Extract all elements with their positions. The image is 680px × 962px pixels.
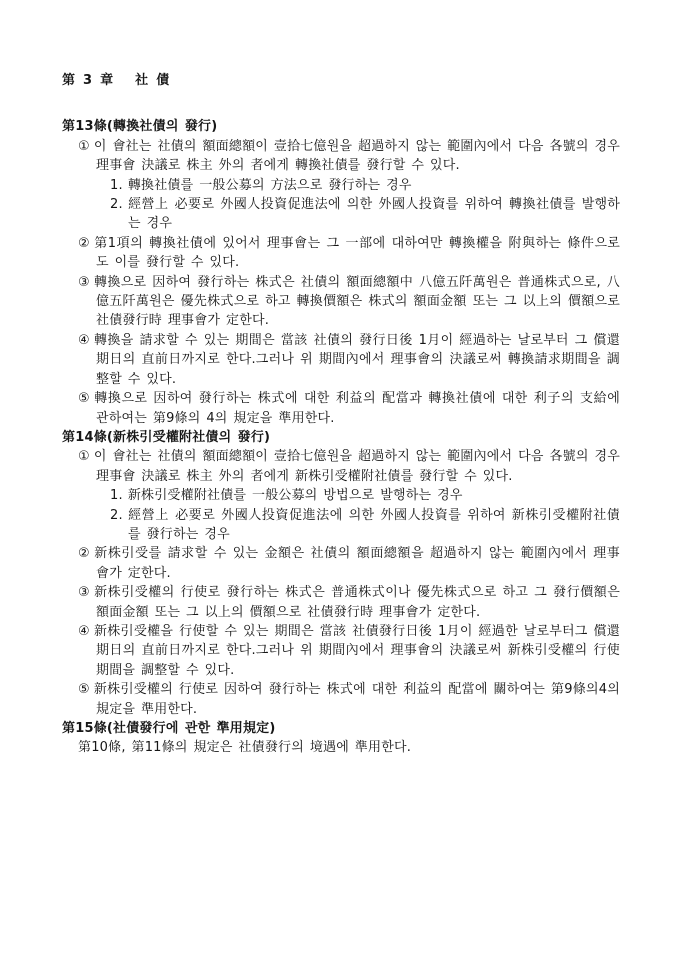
clause-text: 轉換으로 因하여 發行하는 株式에 대한 利益의 配當과 轉換社債에 대한 利子… <box>94 391 620 425</box>
article-14: 第14條(新株引受權附社債의 發行) ①이 會社는 社債의 額面總額이 壹拾七億… <box>62 428 620 719</box>
subitem-marker: 1. <box>110 178 123 193</box>
document-page: 第 3 章 社 債 第13條(轉換社債의 發行) ①이 會社는 社債의 額面總額… <box>0 0 680 962</box>
clause: ③轉換으로 因하여 發行하는 株式은 社債의 額面總額中 八億五阡萬원은 普通株… <box>62 273 620 331</box>
clause-text: 新株引受權을 行使할 수 있는 期間은 當該 社債發行日後 1月이 經過한 날로… <box>94 624 620 678</box>
clause-marker: ④ <box>78 624 90 639</box>
clause: ⑤新株引受權의 行使로 因하여 發行하는 株式에 대한 利益의 配當에 關하여는… <box>62 680 620 719</box>
subitem: 2.經營上 必要로 外國人投資促進法에 의한 外國人投資를 위하여 轉換社債를 … <box>62 195 620 234</box>
clause: ④轉換을 請求할 수 있는 期間은 當該 社債의 發行日後 1月이 經過하는 날… <box>62 331 620 389</box>
clause: ②新株引受를 請求할 수 있는 金額은 社債의 額面總額을 超過하지 않는 範圍… <box>62 544 620 583</box>
clause-marker: ⑤ <box>78 391 90 406</box>
subitem-text: 經營上 必要로 外國人投資促進法에 의한 外國人投資를 위하여 轉換社債를 발행… <box>128 197 620 231</box>
subitem: 1.新株引受權附社債를 一般公募의 방법으로 발행하는 경우 <box>62 486 620 505</box>
subitem-text: 經營上 必要로 外國人投資促進法에 의한 外國人投資를 위하여 新株引受權附社債… <box>128 508 620 542</box>
clause-marker: ③ <box>78 275 90 290</box>
article-heading: 第15條(社債發行에 관한 準用規定) <box>62 719 620 738</box>
clause: ④新株引受權을 行使할 수 있는 期間은 當該 社債發行日後 1月이 經過한 날… <box>62 622 620 680</box>
clause-text: 第1項의 轉換社債에 있어서 理事會는 그 一部에 대하여만 轉換權을 附與하는… <box>94 236 620 270</box>
subitem-marker: 1. <box>110 488 123 503</box>
article-body-line: 第10條, 第11條의 規定은 社債發行의 境遇에 準用한다. <box>62 738 620 757</box>
subitem-marker: 2. <box>110 197 123 212</box>
subitem: 1.轉換社債를 一般公募의 方法으로 發行하는 경우 <box>62 176 620 195</box>
clause-text: 轉換을 請求할 수 있는 期間은 當該 社債의 發行日後 1月이 經過하는 날로… <box>94 333 620 387</box>
clause-marker: ① <box>78 139 90 154</box>
clause-text: 新株引受權의 行使로 因하여 發行하는 株式에 대한 利益의 配當에 關하여는 … <box>94 682 620 716</box>
subitem-text: 新株引受權附社債를 一般公募의 방법으로 발행하는 경우 <box>128 488 463 503</box>
subitem-marker: 2. <box>110 508 123 523</box>
article-heading: 第13條(轉換社債의 發行) <box>62 117 620 136</box>
article-heading: 第14條(新株引受權附社債의 發行) <box>62 428 620 447</box>
clause-marker: ② <box>78 546 90 561</box>
clause-marker: ⑤ <box>78 682 90 697</box>
clause-text: 이 會社는 社債의 額面總額이 壹拾七億원을 超過하지 않는 範圍內에서 다음 … <box>94 449 620 483</box>
clause-marker: ③ <box>78 585 90 600</box>
clause-marker: ④ <box>78 333 90 348</box>
clause-marker: ① <box>78 449 90 464</box>
clause-text: 이 會社는 社債의 額面總額이 壹拾七億원을 超過하지 않는 範圍內에서 다음 … <box>94 139 620 173</box>
article-15: 第15條(社債發行에 관한 準用規定) 第10條, 第11條의 規定은 社債發行… <box>62 719 620 758</box>
clause: ①이 會社는 社債의 額面總額이 壹拾七億원을 超過하지 않는 範圍內에서 다음… <box>62 447 620 486</box>
clause: ⑤轉換으로 因하여 發行하는 株式에 대한 利益의 配當과 轉換社債에 대한 利… <box>62 389 620 428</box>
article-13: 第13條(轉換社債의 發行) ①이 會社는 社債의 額面總額이 壹拾七億원을 超… <box>62 117 620 428</box>
clause-text: 新株引受를 請求할 수 있는 金額은 社債의 額面總額을 超過하지 않는 範圍內… <box>94 546 620 580</box>
clause-text: 轉換으로 因하여 發行하는 株式은 社債의 額面總額中 八億五阡萬원은 普通株式… <box>94 275 620 329</box>
subitem: 2.經營上 必要로 外國人投資促進法에 의한 外國人投資를 위하여 新株引受權附… <box>62 506 620 545</box>
clause: ③新株引受權의 行使로 發行하는 株式은 普通株式이나 優先株式으로 하고 그 … <box>62 583 620 622</box>
subitem-text: 轉換社債를 一般公募의 方法으로 發行하는 경우 <box>128 178 412 193</box>
clause-text: 新株引受權의 行使로 發行하는 株式은 普通株式이나 優先株式으로 하고 그 發… <box>94 585 620 619</box>
clause: ②第1項의 轉換社債에 있어서 理事會는 그 一部에 대하여만 轉換權을 附與하… <box>62 234 620 273</box>
clause: ①이 會社는 社債의 額面總額이 壹拾七億원을 超過하지 않는 範圍內에서 다음… <box>62 137 620 176</box>
chapter-title: 第 3 章 社 債 <box>62 71 620 90</box>
clause-marker: ② <box>78 236 90 251</box>
